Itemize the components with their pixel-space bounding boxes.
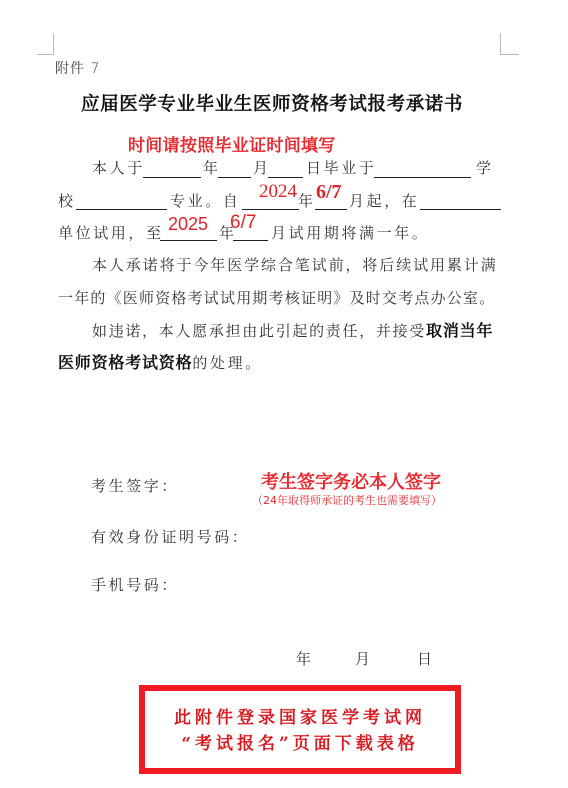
p1-line2-month-label: 月起，在 (349, 190, 419, 211)
p3-line2-bold: 医师资格考试资格 (58, 353, 192, 372)
p1-school-label-start: 学 (476, 157, 494, 178)
notice-line-2: “考试报名”页面下载表格 (145, 729, 455, 754)
date-year-label: 年 (296, 648, 314, 669)
p2-line2: 一年的《医师资格考试试用期考核证明》及时交考点办公室。 (58, 287, 495, 308)
crop-mark-left-vertical (53, 33, 54, 54)
trial-start-year-value: 2024 (259, 181, 297, 203)
graduation-month-blank[interactable] (218, 177, 251, 178)
phone-field[interactable] (170, 570, 370, 596)
p1-major-label: 专业。自 (170, 190, 240, 211)
id-number-field[interactable] (240, 522, 440, 548)
graduation-year-blank[interactable] (143, 177, 201, 178)
p3-line1-normal: 如违诺，本人愿承担由此引起的责任，并接受 (92, 322, 426, 340)
crop-mark-left-horizontal (37, 54, 54, 55)
p1-line3-suffix: 月试用期将满一年。 (271, 222, 429, 243)
document-title: 应届医学专业毕业生医师资格考试报考承诺书 (81, 90, 463, 116)
signature-note-main: 考生签字务必本人签字 (261, 468, 441, 494)
date-month-label: 月 (355, 648, 373, 669)
p3-line2: 医师资格考试资格的处理。 (58, 350, 263, 373)
p1-line3-prefix: 单位试用，至 (58, 222, 164, 243)
signature-note-sub: （24年取得师承证的考生也需要填写） (252, 492, 442, 508)
employer-blank[interactable] (420, 209, 501, 210)
crop-mark-right-horizontal (500, 54, 519, 55)
p1-school-label-end: 校 (58, 190, 76, 211)
trial-start-month-value: 6/7 (316, 181, 342, 204)
fill-hint-annotation: 时间请按照毕业证时间填写 (128, 131, 336, 156)
signature-field[interactable] (170, 470, 250, 496)
trial-end-month-value: 6/7 (230, 212, 256, 234)
p1-year-label: 年 (203, 157, 221, 178)
signature-label: 考生签字： (91, 475, 179, 496)
p1-line2-year-label: 年 (298, 190, 316, 211)
trial-end-month-blank[interactable] (233, 240, 268, 241)
id-number-label: 有效身份证明号码： (91, 526, 249, 547)
attachment-label: 附件 7 (55, 58, 100, 78)
phone-label: 手机号码： (91, 574, 179, 595)
p3-line1-bold: 取消当年 (426, 321, 493, 340)
trial-start-year-blank[interactable] (242, 209, 299, 210)
p2-line1: 本人承诺将于今年医学综合笔试前，将后续试用累计满 (92, 254, 498, 275)
trial-end-year-blank[interactable] (160, 240, 217, 241)
school-name-blank[interactable] (374, 177, 471, 178)
p1-month-label: 月 (253, 157, 271, 178)
p3-line1: 如违诺，本人愿承担由此引起的责任，并接受取消当年 (92, 318, 493, 341)
trial-start-month-blank[interactable] (315, 209, 347, 210)
p3-line2-normal: 的处理。 (192, 354, 262, 372)
trial-end-year-value: 2025 (168, 214, 208, 235)
notice-line-1: 此附件登录国家医学考试网 (145, 703, 455, 728)
p1-prefix: 本人于 (92, 157, 145, 178)
date-day-label: 日 (417, 648, 435, 669)
major-blank[interactable] (76, 209, 167, 210)
p1-graduated-label: 日毕业于 (306, 157, 376, 178)
download-notice-box: 此附件登录国家医学考试网 “考试报名”页面下载表格 (139, 685, 461, 774)
graduation-day-blank[interactable] (268, 177, 303, 178)
crop-mark-right-vertical (500, 33, 501, 54)
